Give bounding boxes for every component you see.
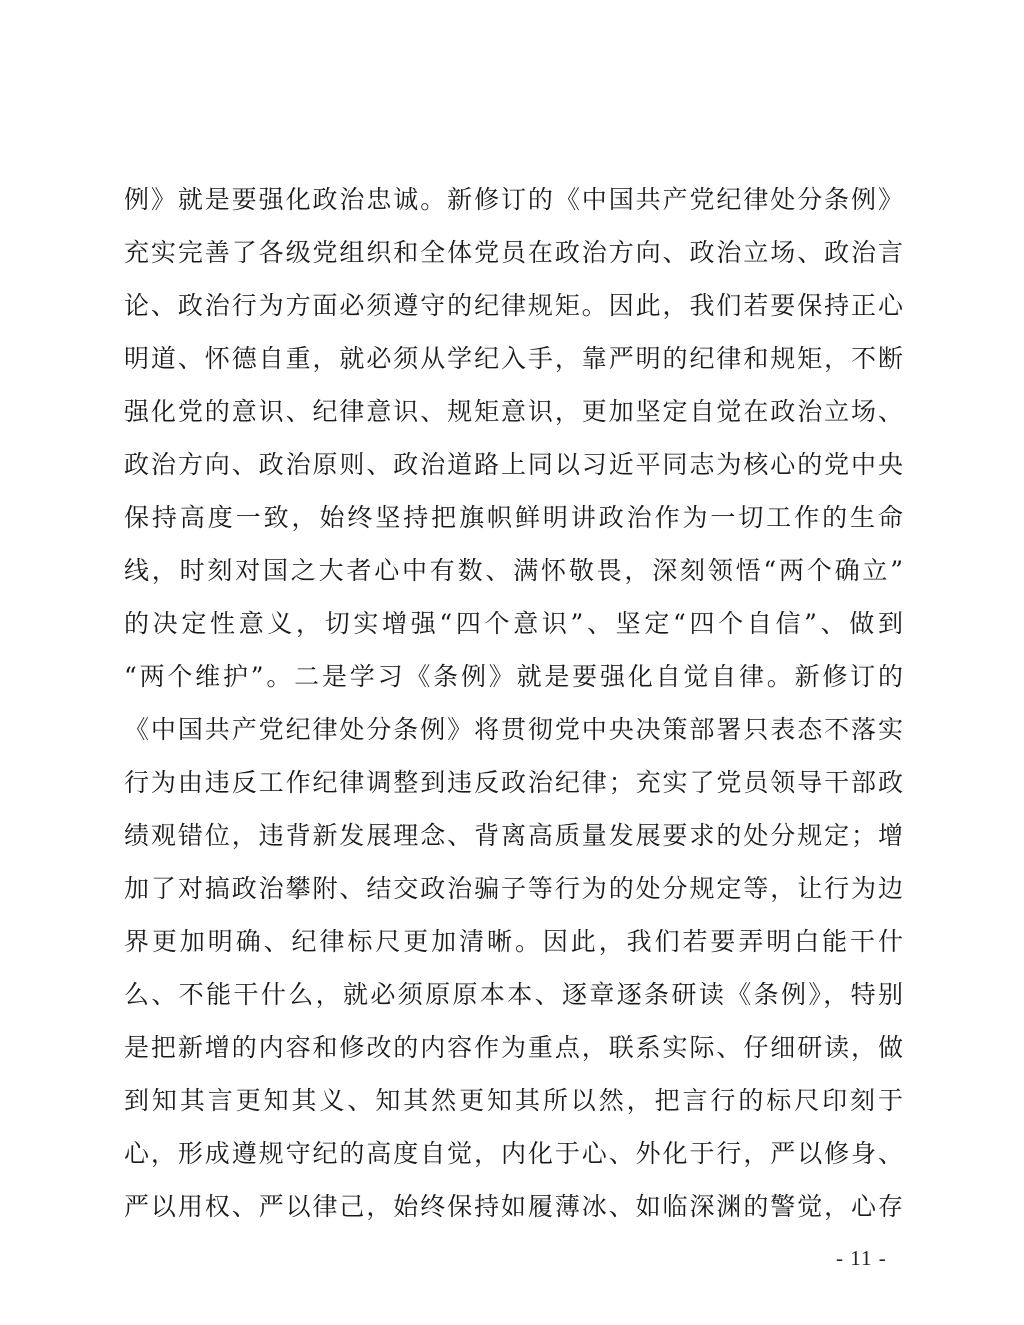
text-line: 绩观错位，违背新发展理念、背离高质量发展要求的处分规定；增 [124,814,904,858]
text-line: 强化党的意识、纪律意识、规矩意识，更加坚定自觉在政治立场、 [124,390,904,434]
body-paragraph: 例》就是要强化政治忠诚。新修订的《中国共产党纪律处分条例》 充实完善了各级党组织… [124,178,904,1238]
text-line: 么、不能干什么，就必须原原本本、逐章逐条研读《条例》，特别 [124,973,904,1017]
text-line: 保持高度一致，始终坚持把旗帜鲜明讲政治作为一切工作的生命 [124,496,904,540]
text-line: 到知其言更知其义、知其然更知其所以然，把言行的标尺印刻于 [124,1079,904,1123]
page-number: - 11 - [836,1246,887,1271]
text-line: 充实完善了各级党组织和全体党员在政治方向、政治立场、政治言 [124,231,904,275]
text-line: 行为由违反工作纪律调整到违反政治纪律；充实了党员领导干部政 [124,761,904,805]
text-line: 界更加明确、纪律标尺更加清晰。因此，我们若要弄明白能干什 [124,920,904,964]
text-line: 政治方向、政治原则、政治道路上同以习近平同志为核心的党中央 [124,443,904,487]
text-line: 线，时刻对国之大者心中有数、满怀敬畏，深刻领悟“两个确立” [124,549,904,593]
text-line: 明道、怀德自重，就必须从学纪入手，靠严明的纪律和规矩，不断 [124,337,904,381]
document-page: 例》就是要强化政治忠诚。新修订的《中国共产党纪律处分条例》 充实完善了各级党组织… [0,0,1024,1325]
text-line: 加了对搞政治攀附、结交政治骗子等行为的处分规定等，让行为边 [124,867,904,911]
text-line: “两个维护”。二是学习《条例》就是要强化自觉自律。新修订的 [124,655,904,699]
text-line: 严以用权、严以律己，始终保持如履薄冰、如临深渊的警觉，心存 [124,1185,904,1229]
text-line: 论、政治行为方面必须遵守的纪律规矩。因此，我们若要保持正心 [124,284,904,328]
text-line: 的决定性意义，切实增强“四个意识”、坚定“四个自信”、做到 [124,602,904,646]
text-line: 是把新增的内容和修改的内容作为重点，联系实际、仔细研读，做 [124,1026,904,1070]
text-line: 例》就是要强化政治忠诚。新修订的《中国共产党纪律处分条例》 [124,178,904,222]
text-line: 心，形成遵规守纪的高度自觉，内化于心、外化于行，严以修身、 [124,1132,904,1176]
text-line: 《中国共产党纪律处分条例》将贯彻党中央决策部署只表态不落实 [124,708,904,752]
